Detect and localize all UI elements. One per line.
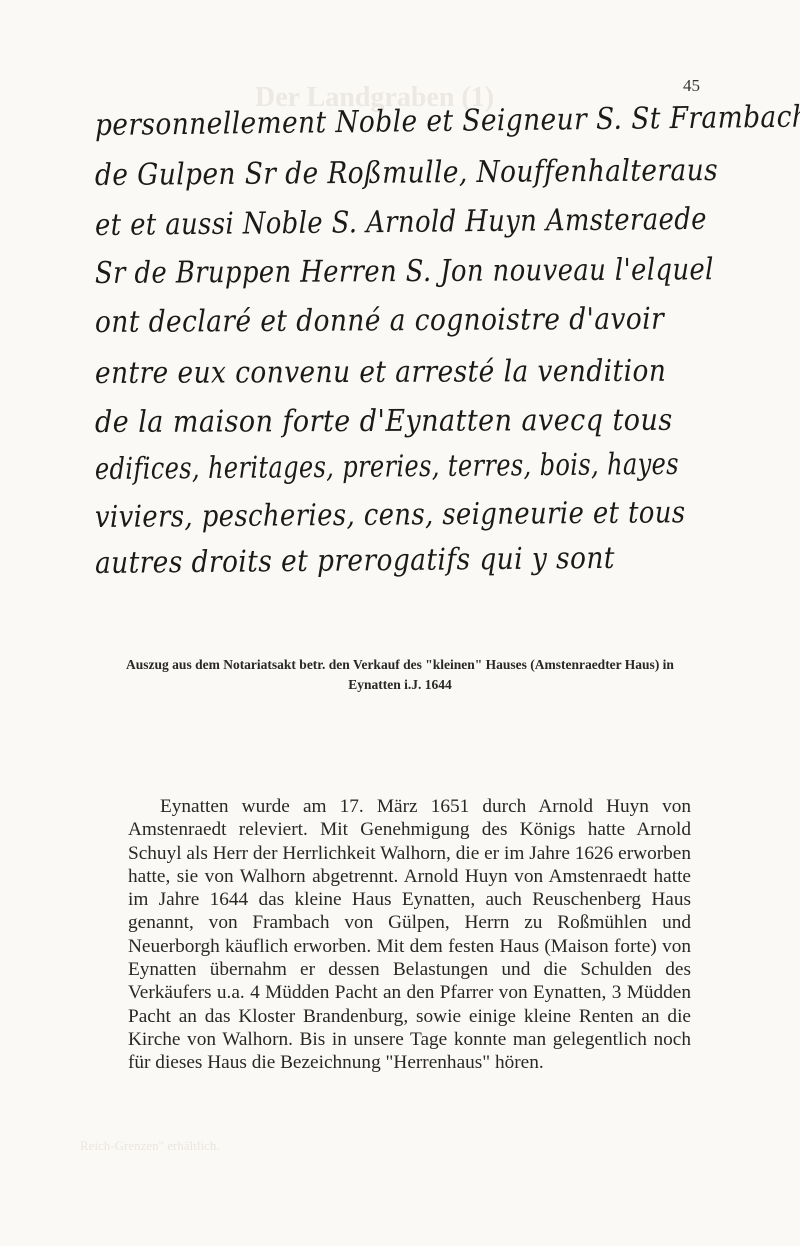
manuscript-line: viviers, pescheries, cens, seigneurie et… xyxy=(95,495,686,535)
manuscript-line: ont declaré et donné a cognoistre d'avoi… xyxy=(95,302,664,340)
body-paragraph: Eynatten wurde am 17. März 1651 durch Ar… xyxy=(128,795,691,1075)
manuscript-line: et et aussi Noble S. Arnold Huyn Amstera… xyxy=(95,202,707,243)
manuscript-line: edifices, heritages, preries, terres, bo… xyxy=(95,447,679,487)
body-text: Eynatten wurde am 17. März 1651 durch Ar… xyxy=(128,795,691,1075)
manuscript-line: Sr de Bruppen Herren S. Jon nouveau l'el… xyxy=(95,252,714,291)
bleed-through-footer: Reich-Grenzen" erhältlich. xyxy=(80,1138,220,1154)
manuscript-facsimile: personnellement Noble et Seigneur S. St … xyxy=(95,100,775,620)
figure-caption: Auszug aus dem Notariatsakt betr. den Ve… xyxy=(120,655,680,695)
manuscript-line: de la maison forte d'Eynatten avecq tous xyxy=(95,403,673,440)
page-number: 45 xyxy=(683,76,700,96)
manuscript-line: entre eux convenu et arresté la venditio… xyxy=(95,354,666,391)
manuscript-line: personnellement Noble et Seigneur S. St … xyxy=(95,100,800,143)
manuscript-line: de Gulpen Sr de Roßmulle, Nouffenhaltera… xyxy=(95,153,718,193)
manuscript-line: autres droits et prerogatifs qui y sont xyxy=(95,541,615,581)
